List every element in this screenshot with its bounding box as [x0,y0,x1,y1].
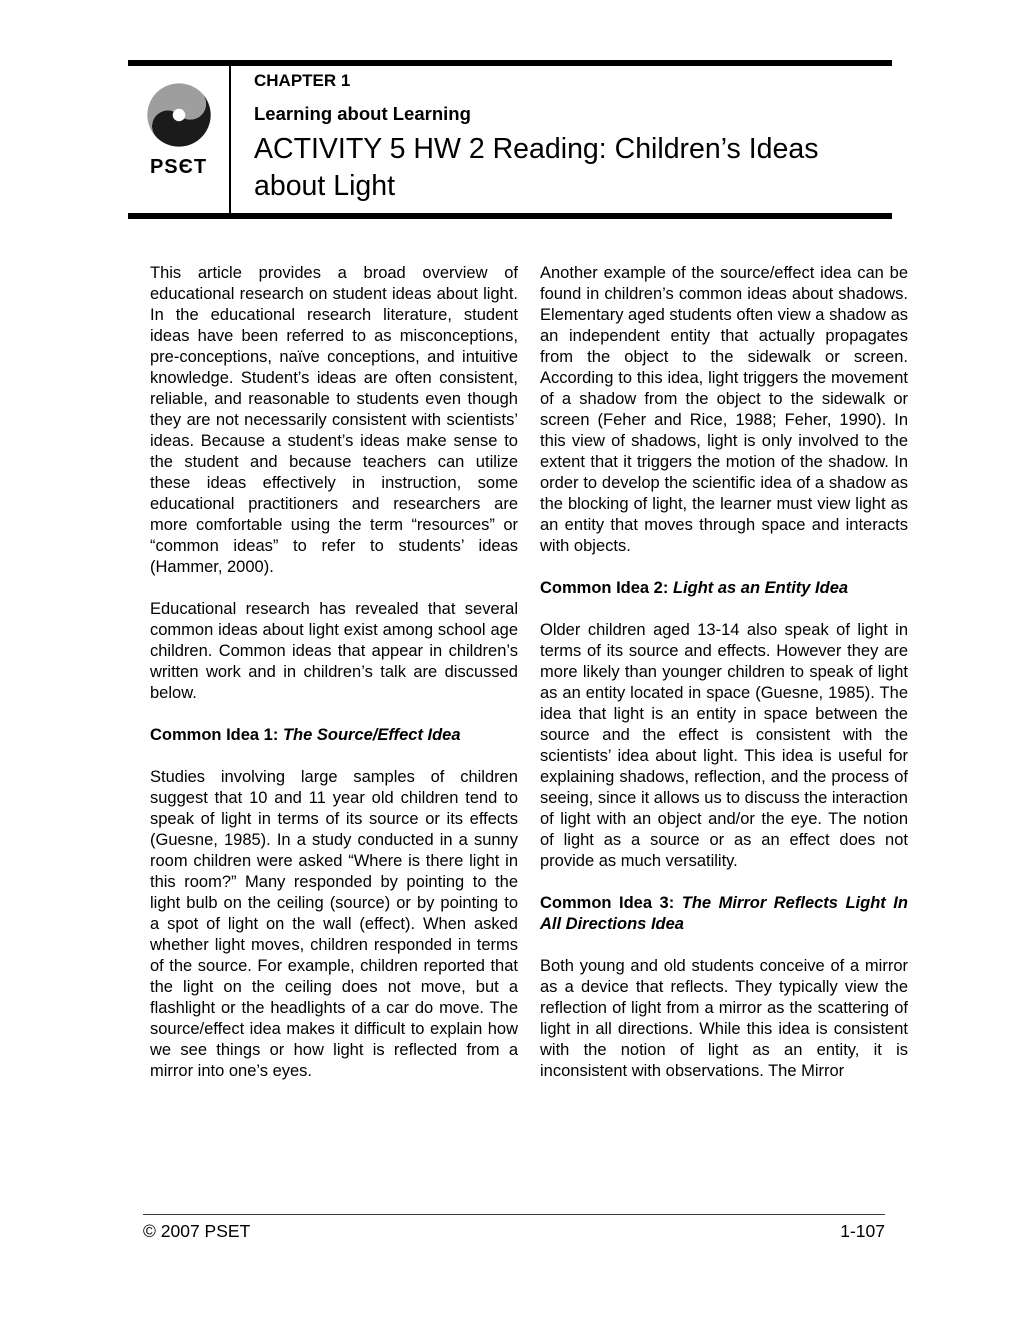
document-page: PSЄT CHAPTER 1 Learning about Learning A… [0,0,1020,1320]
common-idea-3-heading: Common Idea 3: The Mirror Reflects Light… [540,893,908,935]
header-body: PSЄT CHAPTER 1 Learning about Learning A… [128,66,892,213]
heading-label: Common Idea 3: [540,894,674,912]
section-title: Learning about Learning [254,102,892,125]
heading-label: Common Idea 1: [150,726,278,744]
page-title: ACTIVITY 5 HW 2 Reading: Children’s Idea… [254,131,892,205]
paragraph: Older children aged 13-14 also speak of … [540,620,908,872]
paragraph: This article provides a broad overview o… [150,263,518,578]
paragraph: Both young and old students conceive of … [540,956,908,1082]
heading-label: Common Idea 2: [540,579,668,597]
footer: © 2007 PSET 1-107 [143,1214,885,1242]
heading-title: Light as an Entity Idea [673,579,848,597]
paragraph: Another example of the source/effect ide… [540,263,908,557]
common-idea-1-heading: Common Idea 1: The Source/Effect Idea [150,725,518,746]
heading-title: The Source/Effect Idea [283,726,461,744]
article-body: This article provides a broad overview o… [150,263,908,1103]
page-number: 1-107 [840,1220,885,1242]
common-idea-2-heading: Common Idea 2: Light as an Entity Idea [540,578,908,599]
copyright-text: © 2007 PSET [143,1220,250,1242]
header-text: CHAPTER 1 Learning about Learning ACTIVI… [231,66,892,213]
left-column: This article provides a broad overview o… [150,263,518,1103]
paragraph: Educational research has revealed that s… [150,599,518,704]
header-bottom-rule [128,213,892,219]
header: PSЄT CHAPTER 1 Learning about Learning A… [128,60,892,219]
right-column: Another example of the source/effect ide… [540,263,908,1103]
chapter-label: CHAPTER 1 [254,70,892,92]
swirl-yin-yang-icon [146,82,212,153]
paragraph: Studies involving large samples of child… [150,767,518,1082]
logo-brand-text: PSЄT [150,156,207,179]
pset-logo: PSЄT [128,66,231,213]
